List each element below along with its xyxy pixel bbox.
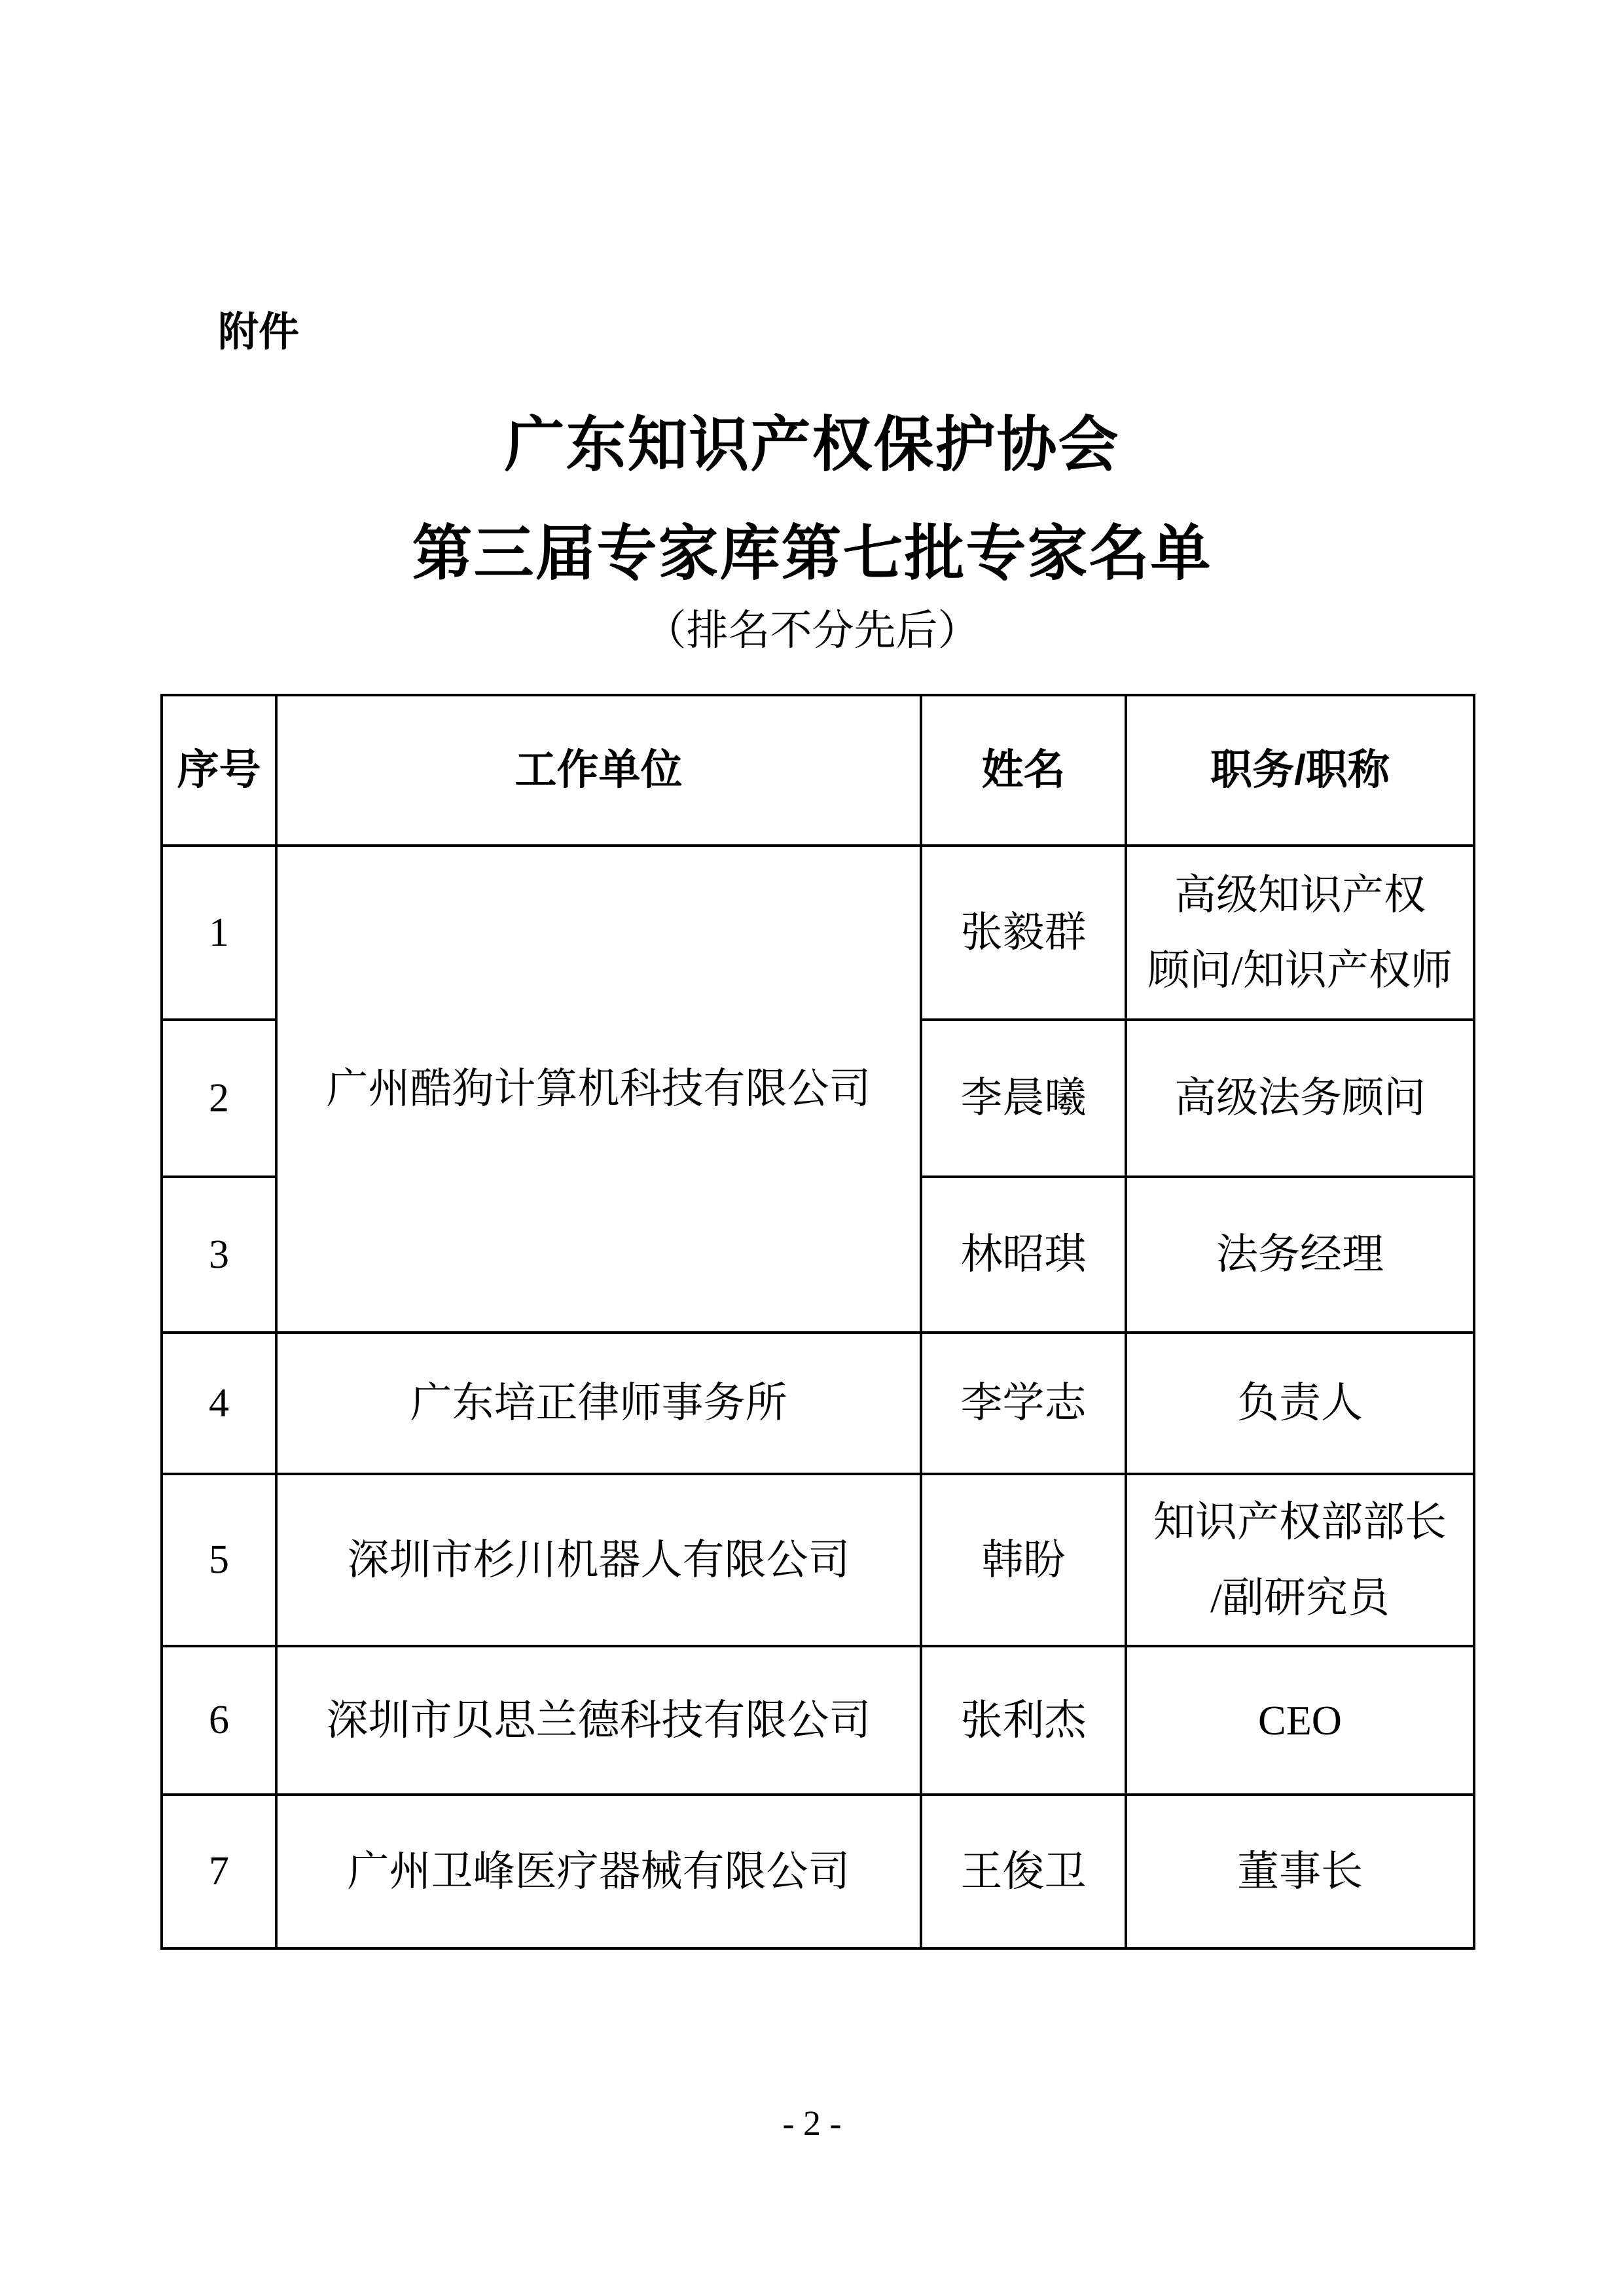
table-header-row: 序号 工作单位 姓名 职务/职称 — [162, 695, 1474, 846]
attachment-label: 附件 — [218, 309, 299, 355]
cell-serial: 3 — [162, 1177, 276, 1333]
cell-organization-merged: 广州酷狗计算机科技有限公司 — [276, 846, 921, 1333]
cell-name: 张毅群 — [921, 846, 1126, 1020]
table-row: 5 深圳市杉川机器人有限公司 韩盼 知识产权部部长 /副研究员 — [162, 1474, 1474, 1646]
cell-serial: 5 — [162, 1474, 276, 1646]
cell-position: 高级法务顾问 — [1126, 1020, 1474, 1177]
cell-position: CEO — [1126, 1646, 1474, 1795]
column-header-serial: 序号 — [162, 695, 276, 846]
cell-serial: 6 — [162, 1646, 276, 1795]
column-header-position: 职务/职称 — [1126, 695, 1474, 846]
document-page: 附件 广东知识产权保护协会 第三届专家库第七批专家名单 （排名不分先后） 序号 … — [0, 0, 1624, 2296]
column-header-organization: 工作单位 — [276, 695, 921, 846]
cell-position: 知识产权部部长 /副研究员 — [1126, 1474, 1474, 1646]
cell-name: 王俊卫 — [921, 1795, 1126, 1948]
table-row: 4 广东培正律师事务所 李学志 负责人 — [162, 1333, 1474, 1474]
experts-table: 序号 工作单位 姓名 职务/职称 1 广州酷狗计算机科技有限公司 张毅群 高级知… — [160, 694, 1475, 1950]
cell-name: 张利杰 — [921, 1646, 1126, 1795]
cell-position: 高级知识产权 顾问/知识产权师 — [1126, 846, 1474, 1020]
cell-serial: 2 — [162, 1020, 276, 1177]
doc-title-line1: 广东知识产权保护协会 — [0, 415, 1624, 475]
doc-title-line2: 第三届专家库第七批专家名单 — [0, 524, 1624, 584]
page-number: - 2 - — [0, 2102, 1624, 2145]
cell-serial: 1 — [162, 846, 276, 1020]
cell-organization: 深圳市杉川机器人有限公司 — [276, 1474, 921, 1646]
cell-organization: 广州卫峰医疗器械有限公司 — [276, 1795, 921, 1948]
table-row: 6 深圳市贝思兰德科技有限公司 张利杰 CEO — [162, 1646, 1474, 1795]
doc-subtitle: （排名不分先后） — [0, 610, 1624, 652]
cell-serial: 7 — [162, 1795, 276, 1948]
cell-name: 韩盼 — [921, 1474, 1126, 1646]
cell-name: 李学志 — [921, 1333, 1126, 1474]
cell-position: 负责人 — [1126, 1333, 1474, 1474]
table-row: 1 广州酷狗计算机科技有限公司 张毅群 高级知识产权 顾问/知识产权师 — [162, 846, 1474, 1020]
cell-organization: 深圳市贝思兰德科技有限公司 — [276, 1646, 921, 1795]
cell-organization: 广东培正律师事务所 — [276, 1333, 921, 1474]
cell-name: 林昭琪 — [921, 1177, 1126, 1333]
table-row: 7 广州卫峰医疗器械有限公司 王俊卫 董事长 — [162, 1795, 1474, 1948]
cell-serial: 4 — [162, 1333, 276, 1474]
column-header-name: 姓名 — [921, 695, 1126, 846]
cell-name: 李晨曦 — [921, 1020, 1126, 1177]
cell-position: 法务经理 — [1126, 1177, 1474, 1333]
cell-position: 董事长 — [1126, 1795, 1474, 1948]
